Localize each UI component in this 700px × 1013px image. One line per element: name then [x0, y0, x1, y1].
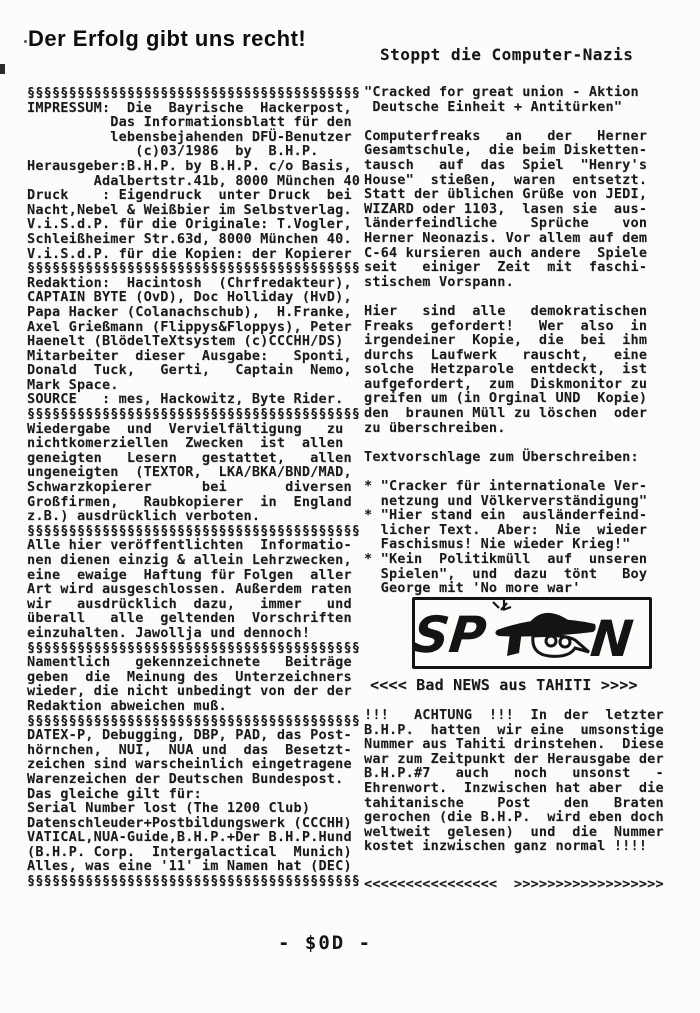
article-column-text: "Cracked for great union - Aktion Deutsc… — [364, 85, 647, 596]
article-title: Stoppt die Computer-Nazis — [380, 46, 633, 64]
zine-page: Der Erfolg gibt uns recht! Stoppt die Co… — [0, 0, 700, 1013]
scan-artifact-edge — [0, 64, 5, 74]
bad-news-caption: <<<< Bad NEWS aus TAHITI >>>> — [370, 676, 638, 694]
page-number: - $0D - — [278, 932, 372, 954]
page-title: Der Erfolg gibt uns recht! — [28, 26, 306, 52]
svg-text:N: N — [588, 609, 636, 666]
impressum-column-text: §§§§§§§§§§§§§§§§§§§§§§§§§§§§§§§§§§§§§§§§… — [27, 86, 360, 889]
spion-logo-box: SP N — [412, 597, 652, 669]
spy-logo-icon: SP N — [415, 600, 649, 666]
scan-artifact-dot — [24, 40, 27, 43]
svg-text:SP: SP — [415, 605, 489, 664]
arrows-divider: <<<<<<<<<<<<<<<< >>>>>>>>>>>>>>>>>> — [364, 877, 664, 892]
achtung-paragraph: !!! ACHTUNG !!! In der letzter B.H.P. ha… — [364, 708, 664, 854]
